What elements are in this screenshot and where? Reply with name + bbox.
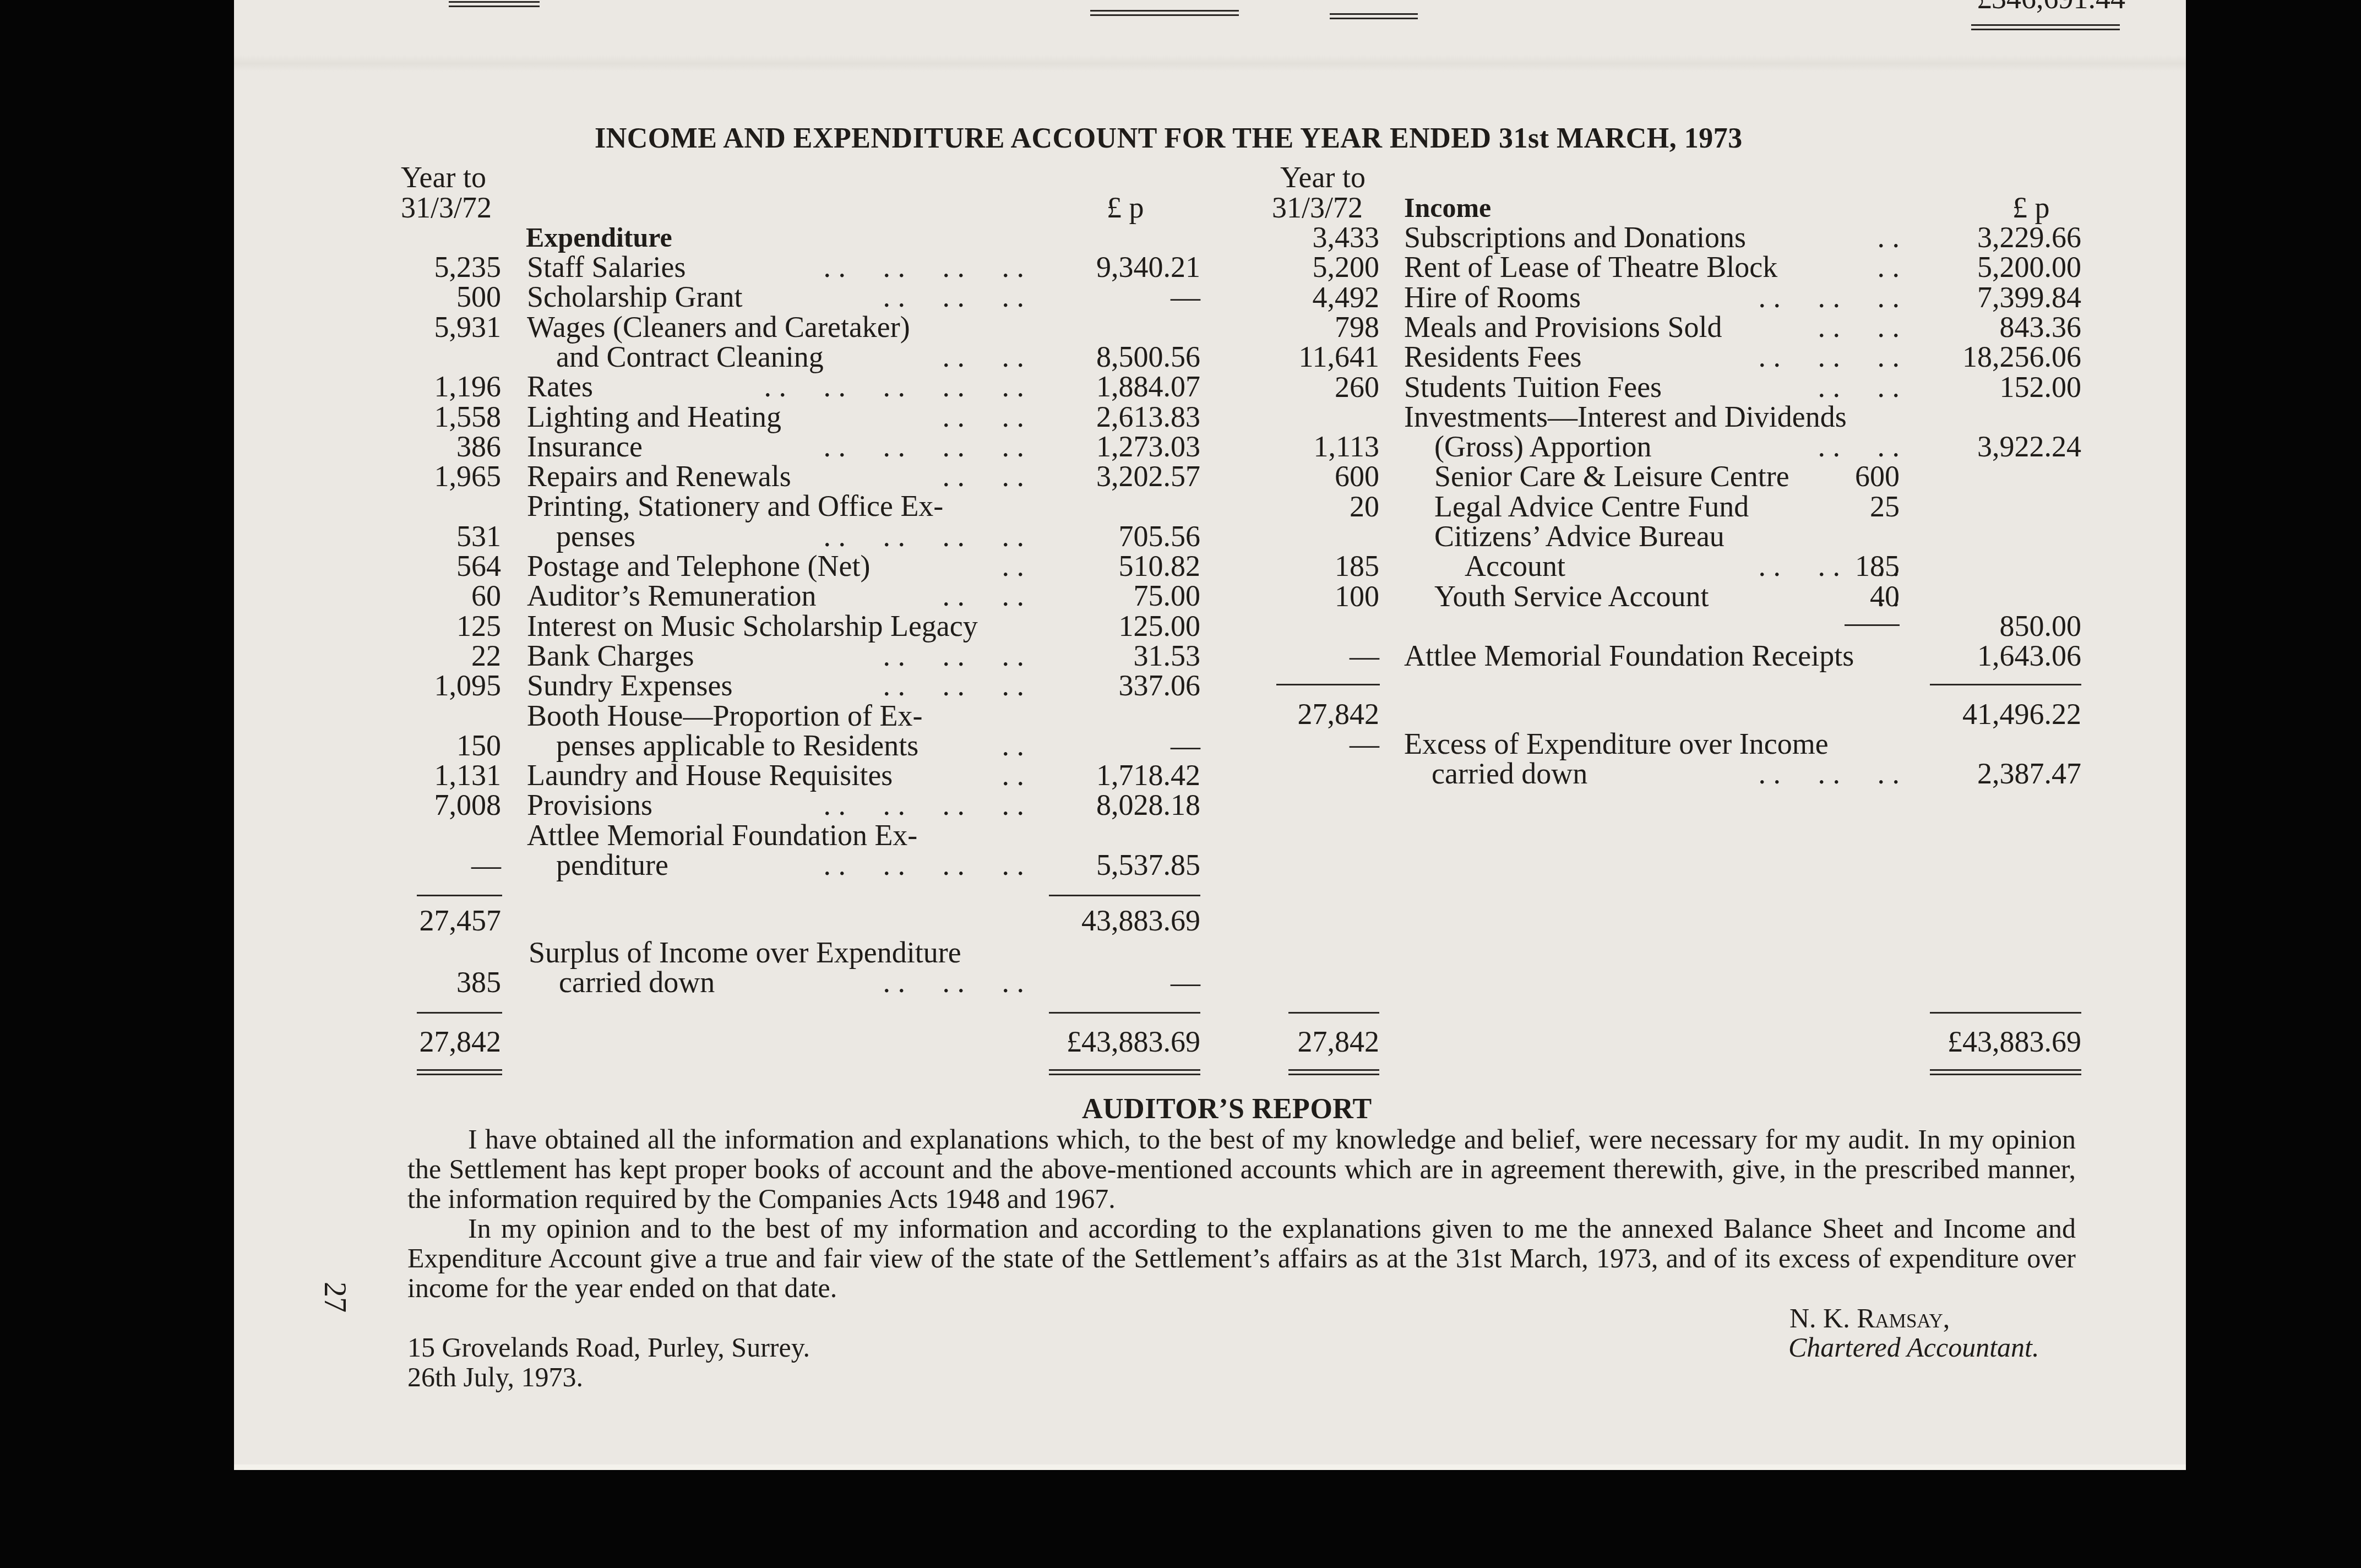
leader-dots: . . . . . . . . xyxy=(727,432,1024,461)
leader-dots: . . . . . . xyxy=(1679,759,1900,788)
auditors-report-heading: AUDITOR’S REPORT xyxy=(1082,1093,1372,1125)
prev-rule xyxy=(1090,10,1239,16)
prior-year-value: 1,965 xyxy=(385,461,501,491)
prior-year-value: 7,008 xyxy=(385,790,501,820)
prior-year-value: — xyxy=(1261,641,1379,671)
line-item-label: Attlee Memorial Foundation Receipts xyxy=(1404,641,1854,671)
sub-amount-value: 40 xyxy=(1789,581,1900,611)
amount-header: £ p xyxy=(1107,193,1144,222)
prior-year-value: 5,931 xyxy=(385,312,501,342)
leader-dots: . . . . . . xyxy=(727,641,1024,671)
prior-year-value: 11,641 xyxy=(1261,342,1379,372)
prior-year-header: 31/3/72 xyxy=(1272,193,1363,222)
line-item-label: Students Tuition Fees xyxy=(1404,372,1662,402)
amount-value: 31.53 xyxy=(1046,641,1200,671)
leader-dots: . . xyxy=(727,731,1024,760)
prev-page-total: £346,691.44 xyxy=(1977,0,2125,13)
prior-year-value: 1,558 xyxy=(385,402,501,432)
surplus-label: carried down xyxy=(559,967,715,997)
sub-total-rule xyxy=(1845,624,1900,626)
amount-value: 5,200.00 xyxy=(1927,252,2081,282)
prior-year-header: Year to xyxy=(401,162,486,192)
excess-label: carried down xyxy=(1432,759,1587,788)
leader-dots: . . . . . . . . xyxy=(727,790,1024,820)
line-item-label: penditure xyxy=(556,850,668,880)
page-fold xyxy=(234,55,2186,72)
total-rule xyxy=(1930,1012,2081,1014)
amount-value: 705.56 xyxy=(1046,521,1200,551)
prior-year-value: 22 xyxy=(385,641,501,671)
amount-value: 1,718.42 xyxy=(1046,760,1200,790)
amount-value: 2,613.83 xyxy=(1046,402,1200,432)
leader-dots: . . . . xyxy=(727,581,1024,611)
report-date: 26th July, 1973. xyxy=(407,1361,583,1393)
prior-year-value: 60 xyxy=(385,581,501,611)
prior-year-value: 1,196 xyxy=(385,372,501,401)
excess-prior: — xyxy=(1261,729,1379,759)
excess-label: Excess of Expenditure over Income xyxy=(1404,729,1829,759)
line-item-label: Interest on Music Scholarship Legacy xyxy=(527,611,978,641)
total-rule xyxy=(1288,1012,1379,1014)
line-item-label: Sundry Expenses xyxy=(527,671,732,700)
line-item-label: Staff Salaries xyxy=(527,252,686,282)
prev-rule xyxy=(1330,13,1418,19)
leader-dots: . . . . xyxy=(1679,432,1900,461)
line-item-label: Wages (Cleaners and Caretaker) xyxy=(527,312,910,342)
line-item-label: Rates xyxy=(527,372,593,401)
leader-dots: . . . . . . . . xyxy=(727,252,1024,282)
line-item-label: Scholarship Grant xyxy=(527,282,742,312)
section-label-income: Income xyxy=(1404,193,1491,222)
subtotal-prior: 27,842 xyxy=(1261,699,1379,729)
amount-value: 850.00 xyxy=(1927,611,2081,641)
amount-value: 1,273.03 xyxy=(1046,432,1200,461)
total-prior: 27,842 xyxy=(1261,1027,1379,1057)
line-item-label: Bank Charges xyxy=(527,641,694,671)
subtotal-amount: 41,496.22 xyxy=(1927,699,2081,729)
amount-value: 3,922.24 xyxy=(1927,432,2081,461)
prior-year-value: 5,235 xyxy=(385,252,501,282)
total-amount: £43,883.69 xyxy=(1927,1027,2081,1057)
prior-year-value: 3,433 xyxy=(1261,222,1379,252)
prior-year-value: 260 xyxy=(1261,372,1379,402)
surplus-label: Surplus of Income over Expenditure xyxy=(529,938,961,967)
leader-dots: . . . . xyxy=(727,342,1024,372)
leader-dots: . . . . . . xyxy=(727,967,1024,997)
leader-dots: . . . . . . xyxy=(727,282,1024,312)
prior-year-value: 150 xyxy=(385,731,501,760)
total-double-rule xyxy=(417,1069,502,1075)
amount-header: £ p xyxy=(2012,193,2050,222)
prior-year-value: 20 xyxy=(1261,492,1379,521)
page-number: 27 xyxy=(317,1282,352,1313)
surplus-amount: — xyxy=(1046,967,1200,997)
leader-dots: . . xyxy=(727,551,1024,581)
amount-value: 8,500.56 xyxy=(1046,342,1200,372)
line-item-label: Provisions xyxy=(527,790,652,820)
leader-dots: . . . . . . xyxy=(1679,282,1900,312)
total-prior: 27,842 xyxy=(385,1027,501,1057)
prior-year-value: 386 xyxy=(385,432,501,461)
amount-value: 8,028.18 xyxy=(1046,790,1200,820)
leader-dots: . . . . xyxy=(1679,372,1900,402)
sub-amount-value: 25 xyxy=(1789,492,1900,521)
leader-dots: . . . . xyxy=(727,461,1024,491)
line-item-label: Residents Fees xyxy=(1404,342,1581,372)
sub-amount-value: 185 xyxy=(1789,551,1900,581)
leader-dots: . . . . . . . . xyxy=(727,521,1024,551)
leader-dots: . . . . xyxy=(727,402,1024,432)
amount-value: 337.06 xyxy=(1046,671,1200,700)
line-item-label: Citizens’ Advice Bureau xyxy=(1434,521,1724,551)
amount-value: — xyxy=(1046,731,1200,760)
amount-value: 75.00 xyxy=(1046,581,1200,611)
prior-year-header: 31/3/72 xyxy=(401,193,492,222)
line-item-label: Meals and Provisions Sold xyxy=(1404,312,1722,342)
prior-year-value: 1,095 xyxy=(385,671,501,700)
excess-amount: 2,387.47 xyxy=(1927,759,2081,788)
surplus-prior: 385 xyxy=(385,967,501,997)
amount-value: 5,537.85 xyxy=(1046,850,1200,880)
leader-dots: . . . . . . . . . . xyxy=(727,372,1024,401)
prev-rule xyxy=(449,1,540,7)
page-title: INCOME AND EXPENDITURE ACCOUNT FOR THE Y… xyxy=(595,122,1743,155)
subtotal-rule xyxy=(1049,895,1200,896)
leader-dots: . . . . . . xyxy=(1679,342,1900,372)
line-item-label: Attlee Memorial Foundation Ex- xyxy=(527,820,917,850)
amount-value: 1,643.06 xyxy=(1927,641,2081,671)
line-item-label: Youth Service Account xyxy=(1434,581,1709,611)
total-amount: £43,883.69 xyxy=(1046,1027,1200,1057)
prior-year-value: 798 xyxy=(1261,312,1379,342)
total-double-rule xyxy=(1288,1069,1379,1075)
auditors-report-paragraph-1: I have obtained all the information and … xyxy=(407,1124,2076,1213)
signatory-title: Chartered Accountant. xyxy=(1788,1331,2039,1363)
leader-dots: . . . . . . . . xyxy=(727,850,1024,880)
signatory-name: N. K. Ramsay, xyxy=(1789,1302,1950,1334)
auditors-report-paragraph-2: In my opinion and to the best of my info… xyxy=(407,1213,2076,1303)
subtotal-rule xyxy=(1276,684,1380,685)
subtotal-prior: 27,457 xyxy=(385,906,501,935)
prior-year-value: 1,113 xyxy=(1261,432,1379,461)
prior-year-value: 4,492 xyxy=(1261,282,1379,312)
line-item-label: Printing, Stationery and Office Ex- xyxy=(527,491,943,521)
line-item-label: Senior Care & Leisure Centre xyxy=(1434,461,1789,491)
section-label-expenditure: Expenditure xyxy=(526,222,672,252)
line-item-label: Account xyxy=(1465,551,1565,581)
prior-year-value: 600 xyxy=(1261,461,1379,491)
leader-dots: . . . . xyxy=(1679,312,1900,342)
prior-year-header: Year to xyxy=(1280,162,1366,192)
prev-rule xyxy=(1971,24,2120,30)
line-item-label: (Gross) Apportion xyxy=(1434,432,1651,461)
line-item-label: Hire of Rooms xyxy=(1404,282,1581,312)
prior-year-value: 531 xyxy=(385,521,501,551)
prior-year-value: 564 xyxy=(385,551,501,581)
leader-dots: . . xyxy=(1679,222,1900,252)
amount-value: 843.36 xyxy=(1927,312,2081,342)
amount-value: 152.00 xyxy=(1927,372,2081,402)
sub-amount-value: 600 xyxy=(1789,461,1900,491)
prior-year-value: — xyxy=(385,850,501,880)
amount-value: 125.00 xyxy=(1046,611,1200,641)
line-item-label: penses xyxy=(556,521,635,551)
prior-year-value: 5,200 xyxy=(1261,252,1379,282)
prior-year-value: 185 xyxy=(1261,551,1379,581)
amount-value: 9,340.21 xyxy=(1046,252,1200,282)
total-double-rule xyxy=(1049,1069,1200,1075)
subtotal-amount: 43,883.69 xyxy=(1046,906,1200,935)
amount-value: 1,884.07 xyxy=(1046,372,1200,401)
amount-value: 18,256.06 xyxy=(1927,342,2081,372)
total-rule xyxy=(417,1012,502,1014)
subtotal-rule xyxy=(1930,684,2081,685)
prior-year-value: 1,131 xyxy=(385,760,501,790)
prior-year-value: 125 xyxy=(385,611,501,641)
subtotal-rule xyxy=(417,895,502,896)
amount-value: 510.82 xyxy=(1046,551,1200,581)
auditor-address: 15 Grovelands Road, Purley, Surrey. xyxy=(407,1331,810,1363)
leader-dots: . . xyxy=(727,760,1024,790)
amount-value: — xyxy=(1046,282,1200,312)
leader-dots: . . xyxy=(1679,252,1900,282)
amount-value: 7,399.84 xyxy=(1927,282,2081,312)
leader-dots: . . . . . . xyxy=(727,671,1024,700)
line-item-label: Legal Advice Centre Fund xyxy=(1434,492,1749,521)
line-item-label: Insurance xyxy=(527,432,643,461)
line-item-label: Booth House—Proportion of Ex- xyxy=(527,701,922,731)
prior-year-value: 500 xyxy=(385,282,501,312)
amount-value: 3,229.66 xyxy=(1927,222,2081,252)
line-item-label: Investments—Interest and Dividends xyxy=(1404,402,1847,432)
total-rule xyxy=(1049,1012,1200,1014)
amount-value: 3,202.57 xyxy=(1046,461,1200,491)
total-double-rule xyxy=(1930,1069,2081,1075)
prior-year-value: 100 xyxy=(1261,581,1379,611)
